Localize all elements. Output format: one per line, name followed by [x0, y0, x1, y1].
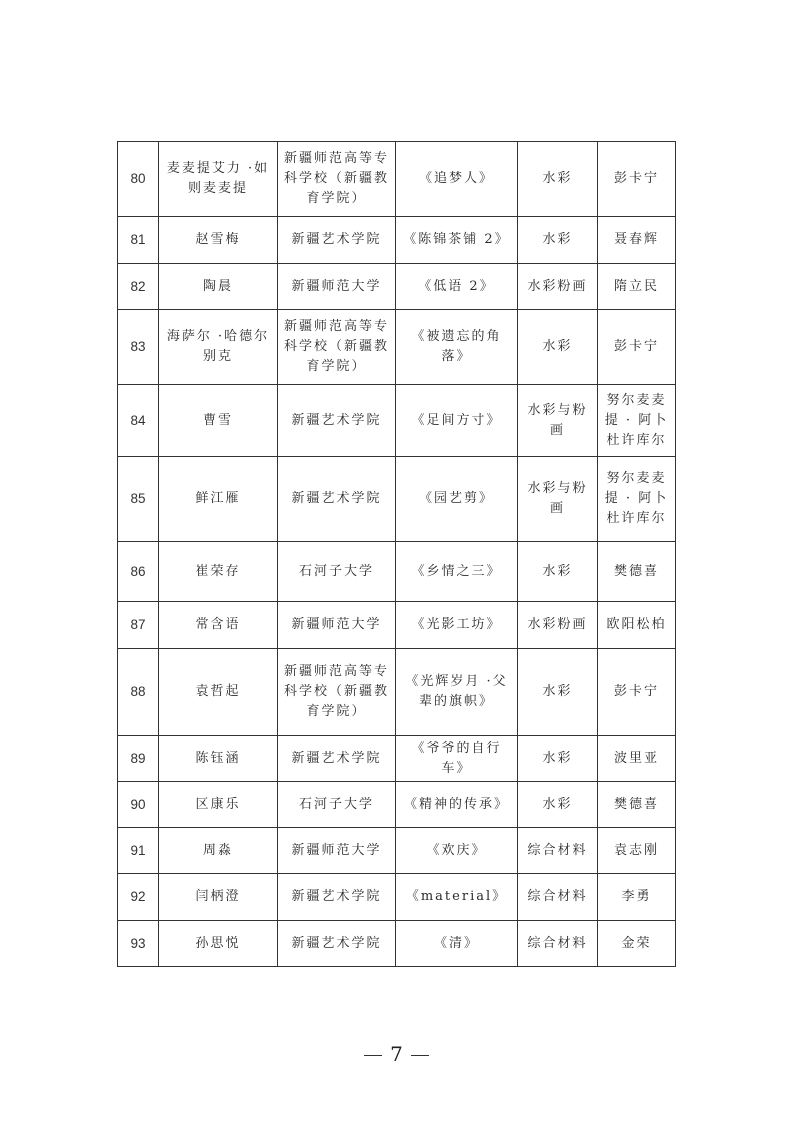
artwork-title: 《material》	[396, 874, 518, 921]
artwork-title: 《精神的传承》	[396, 782, 518, 828]
artwork-type: 水彩	[518, 736, 598, 782]
artwork-title: 《园艺剪》	[396, 457, 518, 542]
table-row: 93 孙思悦 新疆艺术学院 《清》 综合材料 金荣	[118, 921, 676, 967]
award-roster-table: 80 麦麦提艾力 ·如则麦麦提 新疆师范高等专科学校（新疆教育学院） 《追梦人》…	[117, 141, 676, 967]
artwork-type: 综合材料	[518, 874, 598, 921]
table-row: 92 闫柄澄 新疆艺术学院 《material》 综合材料 李勇	[118, 874, 676, 921]
school-name: 新疆艺术学院	[278, 736, 396, 782]
tutor-name: 樊德喜	[598, 542, 676, 602]
dash-left	[364, 1055, 382, 1057]
school-name: 新疆艺术学院	[278, 921, 396, 967]
artist-name: 鲜江雁	[159, 457, 278, 542]
document-page: 80 麦麦提艾力 ·如则麦麦提 新疆师范高等专科学校（新疆教育学院） 《追梦人》…	[0, 0, 793, 1122]
tutor-name: 袁志刚	[598, 828, 676, 874]
table-row: 85 鲜江雁 新疆艺术学院 《园艺剪》 水彩与粉画 努尔麦麦提 · 阿卜杜许库尔	[118, 457, 676, 542]
artist-name: 曹雪	[159, 385, 278, 457]
school-name: 新疆师范高等专科学校（新疆教育学院）	[278, 649, 396, 736]
artist-name: 陈钰涵	[159, 736, 278, 782]
artist-name: 孙思悦	[159, 921, 278, 967]
artist-name: 周淼	[159, 828, 278, 874]
table-row: 81 赵雪梅 新疆艺术学院 《陈锦茶铺 2》 水彩 聂春辉	[118, 217, 676, 264]
artist-name: 海萨尔 ·哈德尔别克	[159, 310, 278, 385]
artwork-type: 水彩与粉画	[518, 457, 598, 542]
artwork-type: 水彩与粉画	[518, 385, 598, 457]
table-row: 84 曹雪 新疆艺术学院 《足间方寸》 水彩与粉画 努尔麦麦提 · 阿卜杜许库尔	[118, 385, 676, 457]
entry-number: 86	[118, 542, 159, 602]
entry-number: 81	[118, 217, 159, 264]
school-name: 新疆艺术学院	[278, 457, 396, 542]
school-name: 新疆师范大学	[278, 602, 396, 649]
artwork-type: 水彩	[518, 217, 598, 264]
artist-name: 袁哲起	[159, 649, 278, 736]
tutor-name: 李勇	[598, 874, 676, 921]
artist-name: 区康乐	[159, 782, 278, 828]
table-row: 82 陶晨 新疆师范大学 《低语 2》 水彩粉画 隋立民	[118, 264, 676, 310]
tutor-name: 彭卡宁	[598, 310, 676, 385]
artist-name: 赵雪梅	[159, 217, 278, 264]
school-name: 石河子大学	[278, 542, 396, 602]
table-row: 88 袁哲起 新疆师范高等专科学校（新疆教育学院） 《光辉岁月 ·父辈的旗帜》 …	[118, 649, 676, 736]
entry-number: 87	[118, 602, 159, 649]
tutor-name: 聂春辉	[598, 217, 676, 264]
school-name: 石河子大学	[278, 782, 396, 828]
artwork-title: 《清》	[396, 921, 518, 967]
school-name: 新疆师范大学	[278, 264, 396, 310]
tutor-name: 努尔麦麦提 · 阿卜杜许库尔	[598, 457, 676, 542]
artwork-type: 综合材料	[518, 921, 598, 967]
tutor-name: 樊德喜	[598, 782, 676, 828]
entry-number: 91	[118, 828, 159, 874]
table-row: 91 周淼 新疆师范大学 《欢庆》 综合材料 袁志刚	[118, 828, 676, 874]
artwork-type: 水彩	[518, 142, 598, 217]
artist-name: 闫柄澄	[159, 874, 278, 921]
school-name: 新疆艺术学院	[278, 217, 396, 264]
artwork-title: 《爷爷的自行车》	[396, 736, 518, 782]
entry-number: 85	[118, 457, 159, 542]
entry-number: 83	[118, 310, 159, 385]
entry-number: 89	[118, 736, 159, 782]
artwork-type: 水彩	[518, 310, 598, 385]
artwork-title: 《光影工坊》	[396, 602, 518, 649]
tutor-name: 隋立民	[598, 264, 676, 310]
school-name: 新疆艺术学院	[278, 385, 396, 457]
entry-number: 84	[118, 385, 159, 457]
artwork-title: 《欢庆》	[396, 828, 518, 874]
artwork-type: 水彩粉画	[518, 264, 598, 310]
tutor-name: 金荣	[598, 921, 676, 967]
artwork-title: 《乡情之三》	[396, 542, 518, 602]
artwork-title: 《陈锦茶铺 2》	[396, 217, 518, 264]
school-name: 新疆师范大学	[278, 828, 396, 874]
school-name: 新疆师范高等专科学校（新疆教育学院）	[278, 142, 396, 217]
artwork-title: 《光辉岁月 ·父辈的旗帜》	[396, 649, 518, 736]
page-number: 7	[0, 1042, 793, 1066]
entry-number: 92	[118, 874, 159, 921]
artist-name: 麦麦提艾力 ·如则麦麦提	[159, 142, 278, 217]
artwork-type: 水彩	[518, 649, 598, 736]
tutor-name: 努尔麦麦提 · 阿卜杜许库尔	[598, 385, 676, 457]
dash-right	[411, 1055, 429, 1057]
table-row: 90 区康乐 石河子大学 《精神的传承》 水彩 樊德喜	[118, 782, 676, 828]
entry-number: 88	[118, 649, 159, 736]
entry-number: 80	[118, 142, 159, 217]
artwork-type: 水彩	[518, 782, 598, 828]
artwork-title: 《追梦人》	[396, 142, 518, 217]
tutor-name: 彭卡宁	[598, 142, 676, 217]
table-row: 86 崔荣存 石河子大学 《乡情之三》 水彩 樊德喜	[118, 542, 676, 602]
artwork-title: 《低语 2》	[396, 264, 518, 310]
artwork-type: 水彩粉画	[518, 602, 598, 649]
entry-number: 90	[118, 782, 159, 828]
tutor-name: 波里亚	[598, 736, 676, 782]
entry-number: 93	[118, 921, 159, 967]
table-row: 89 陈钰涵 新疆艺术学院 《爷爷的自行车》 水彩 波里亚	[118, 736, 676, 782]
artist-name: 常含语	[159, 602, 278, 649]
table-row: 80 麦麦提艾力 ·如则麦麦提 新疆师范高等专科学校（新疆教育学院） 《追梦人》…	[118, 142, 676, 217]
tutor-name: 欧阳松柏	[598, 602, 676, 649]
tutor-name: 彭卡宁	[598, 649, 676, 736]
table-row: 87 常含语 新疆师范大学 《光影工坊》 水彩粉画 欧阳松柏	[118, 602, 676, 649]
entry-number: 82	[118, 264, 159, 310]
artwork-type: 综合材料	[518, 828, 598, 874]
page-number-value: 7	[390, 1042, 403, 1066]
school-name: 新疆师范高等专科学校（新疆教育学院）	[278, 310, 396, 385]
table-row: 83 海萨尔 ·哈德尔别克 新疆师范高等专科学校（新疆教育学院） 《被遗忘的角落…	[118, 310, 676, 385]
roster-body: 80 麦麦提艾力 ·如则麦麦提 新疆师范高等专科学校（新疆教育学院） 《追梦人》…	[118, 142, 676, 967]
artist-name: 崔荣存	[159, 542, 278, 602]
school-name: 新疆艺术学院	[278, 874, 396, 921]
artist-name: 陶晨	[159, 264, 278, 310]
artwork-title: 《被遗忘的角落》	[396, 310, 518, 385]
artwork-type: 水彩	[518, 542, 598, 602]
artwork-title: 《足间方寸》	[396, 385, 518, 457]
